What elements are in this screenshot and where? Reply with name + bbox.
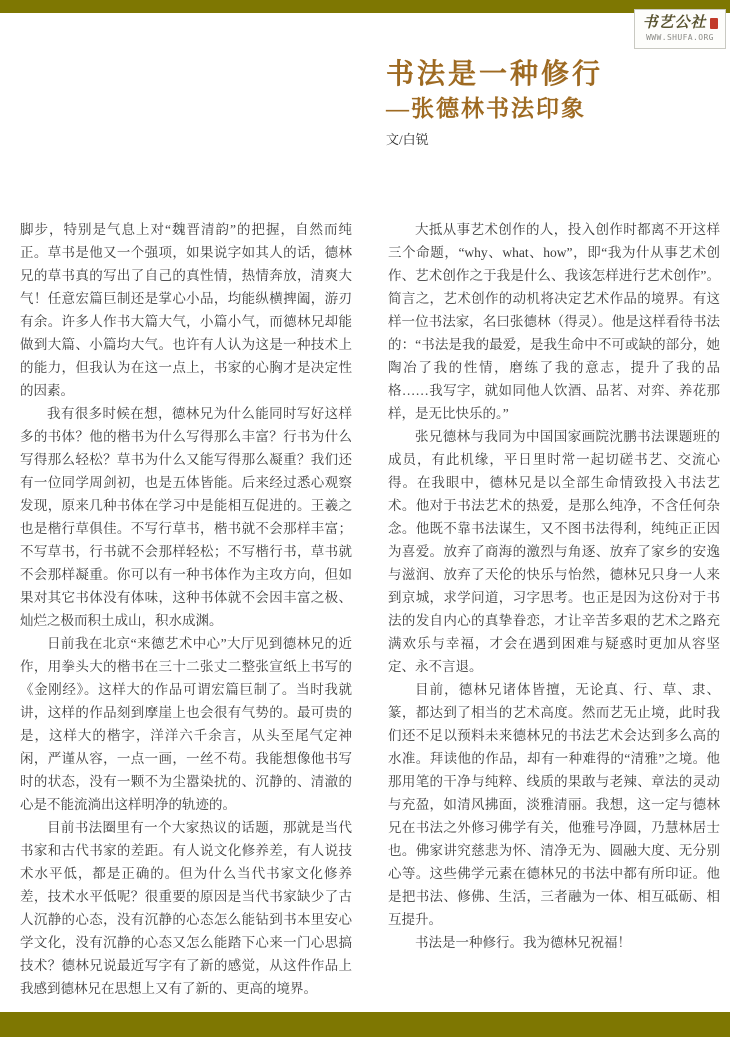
paragraph: 书法是一种修行。我为德林兄祝福！	[388, 931, 720, 954]
page-title: 书法是一种修行	[386, 56, 726, 93]
left-text-column: 脚步，特别是气息上对“魏晋清韵”的把握，自然而纯正。草书是他又一个强项，如果说字…	[20, 218, 352, 1000]
site-logo: 书艺公社 WWW.SHUFA.ORG	[634, 9, 726, 49]
paragraph: 目前书法圈里有一个大家热议的话题，那就是当代书家和古代书家的差距。有人说文化修养…	[20, 816, 352, 1000]
paragraph: 脚步，特别是气息上对“魏晋清韵”的把握，自然而纯正。草书是他又一个强项，如果说字…	[20, 218, 352, 402]
paragraph: 张兄德林与我同为中国国家画院沈鹏书法课题班的成员，有此机缘，平日里时常一起切磋书…	[388, 425, 720, 678]
top-accent-bar	[0, 0, 730, 13]
bottom-accent-bar	[0, 1012, 730, 1037]
byline: 文/白锐	[386, 132, 726, 148]
page-subtitle: —张德林书法印象	[386, 93, 726, 125]
paragraph: 大抵从事艺术创作的人，投入创作时都离不开这样三个命题，“why、what、how…	[388, 218, 720, 425]
article-header: 书法是一种修行 —张德林书法印象 文/白锐	[386, 56, 726, 148]
seal-icon	[710, 18, 718, 29]
paragraph: 我有很多时候在想，德林兄为什么能同时写好这样多的书体？他的楷书为什么写得那么丰富…	[20, 402, 352, 632]
paragraph: 日前我在北京“来德艺术中心”大厅见到德林兄的近作，用拳头大的楷书在三十二张丈二整…	[20, 632, 352, 816]
logo-url-text: WWW.SHUFA.ORG	[646, 33, 714, 43]
logo-brand-text: 书艺公社	[642, 15, 706, 31]
paragraph: 目前，德林兄诸体皆擅，无论真、行、草、隶、篆，都达到了相当的艺术高度。然而艺无止…	[388, 678, 720, 931]
right-text-column: 大抵从事艺术创作的人，投入创作时都离不开这样三个命题，“why、what、how…	[388, 218, 720, 954]
